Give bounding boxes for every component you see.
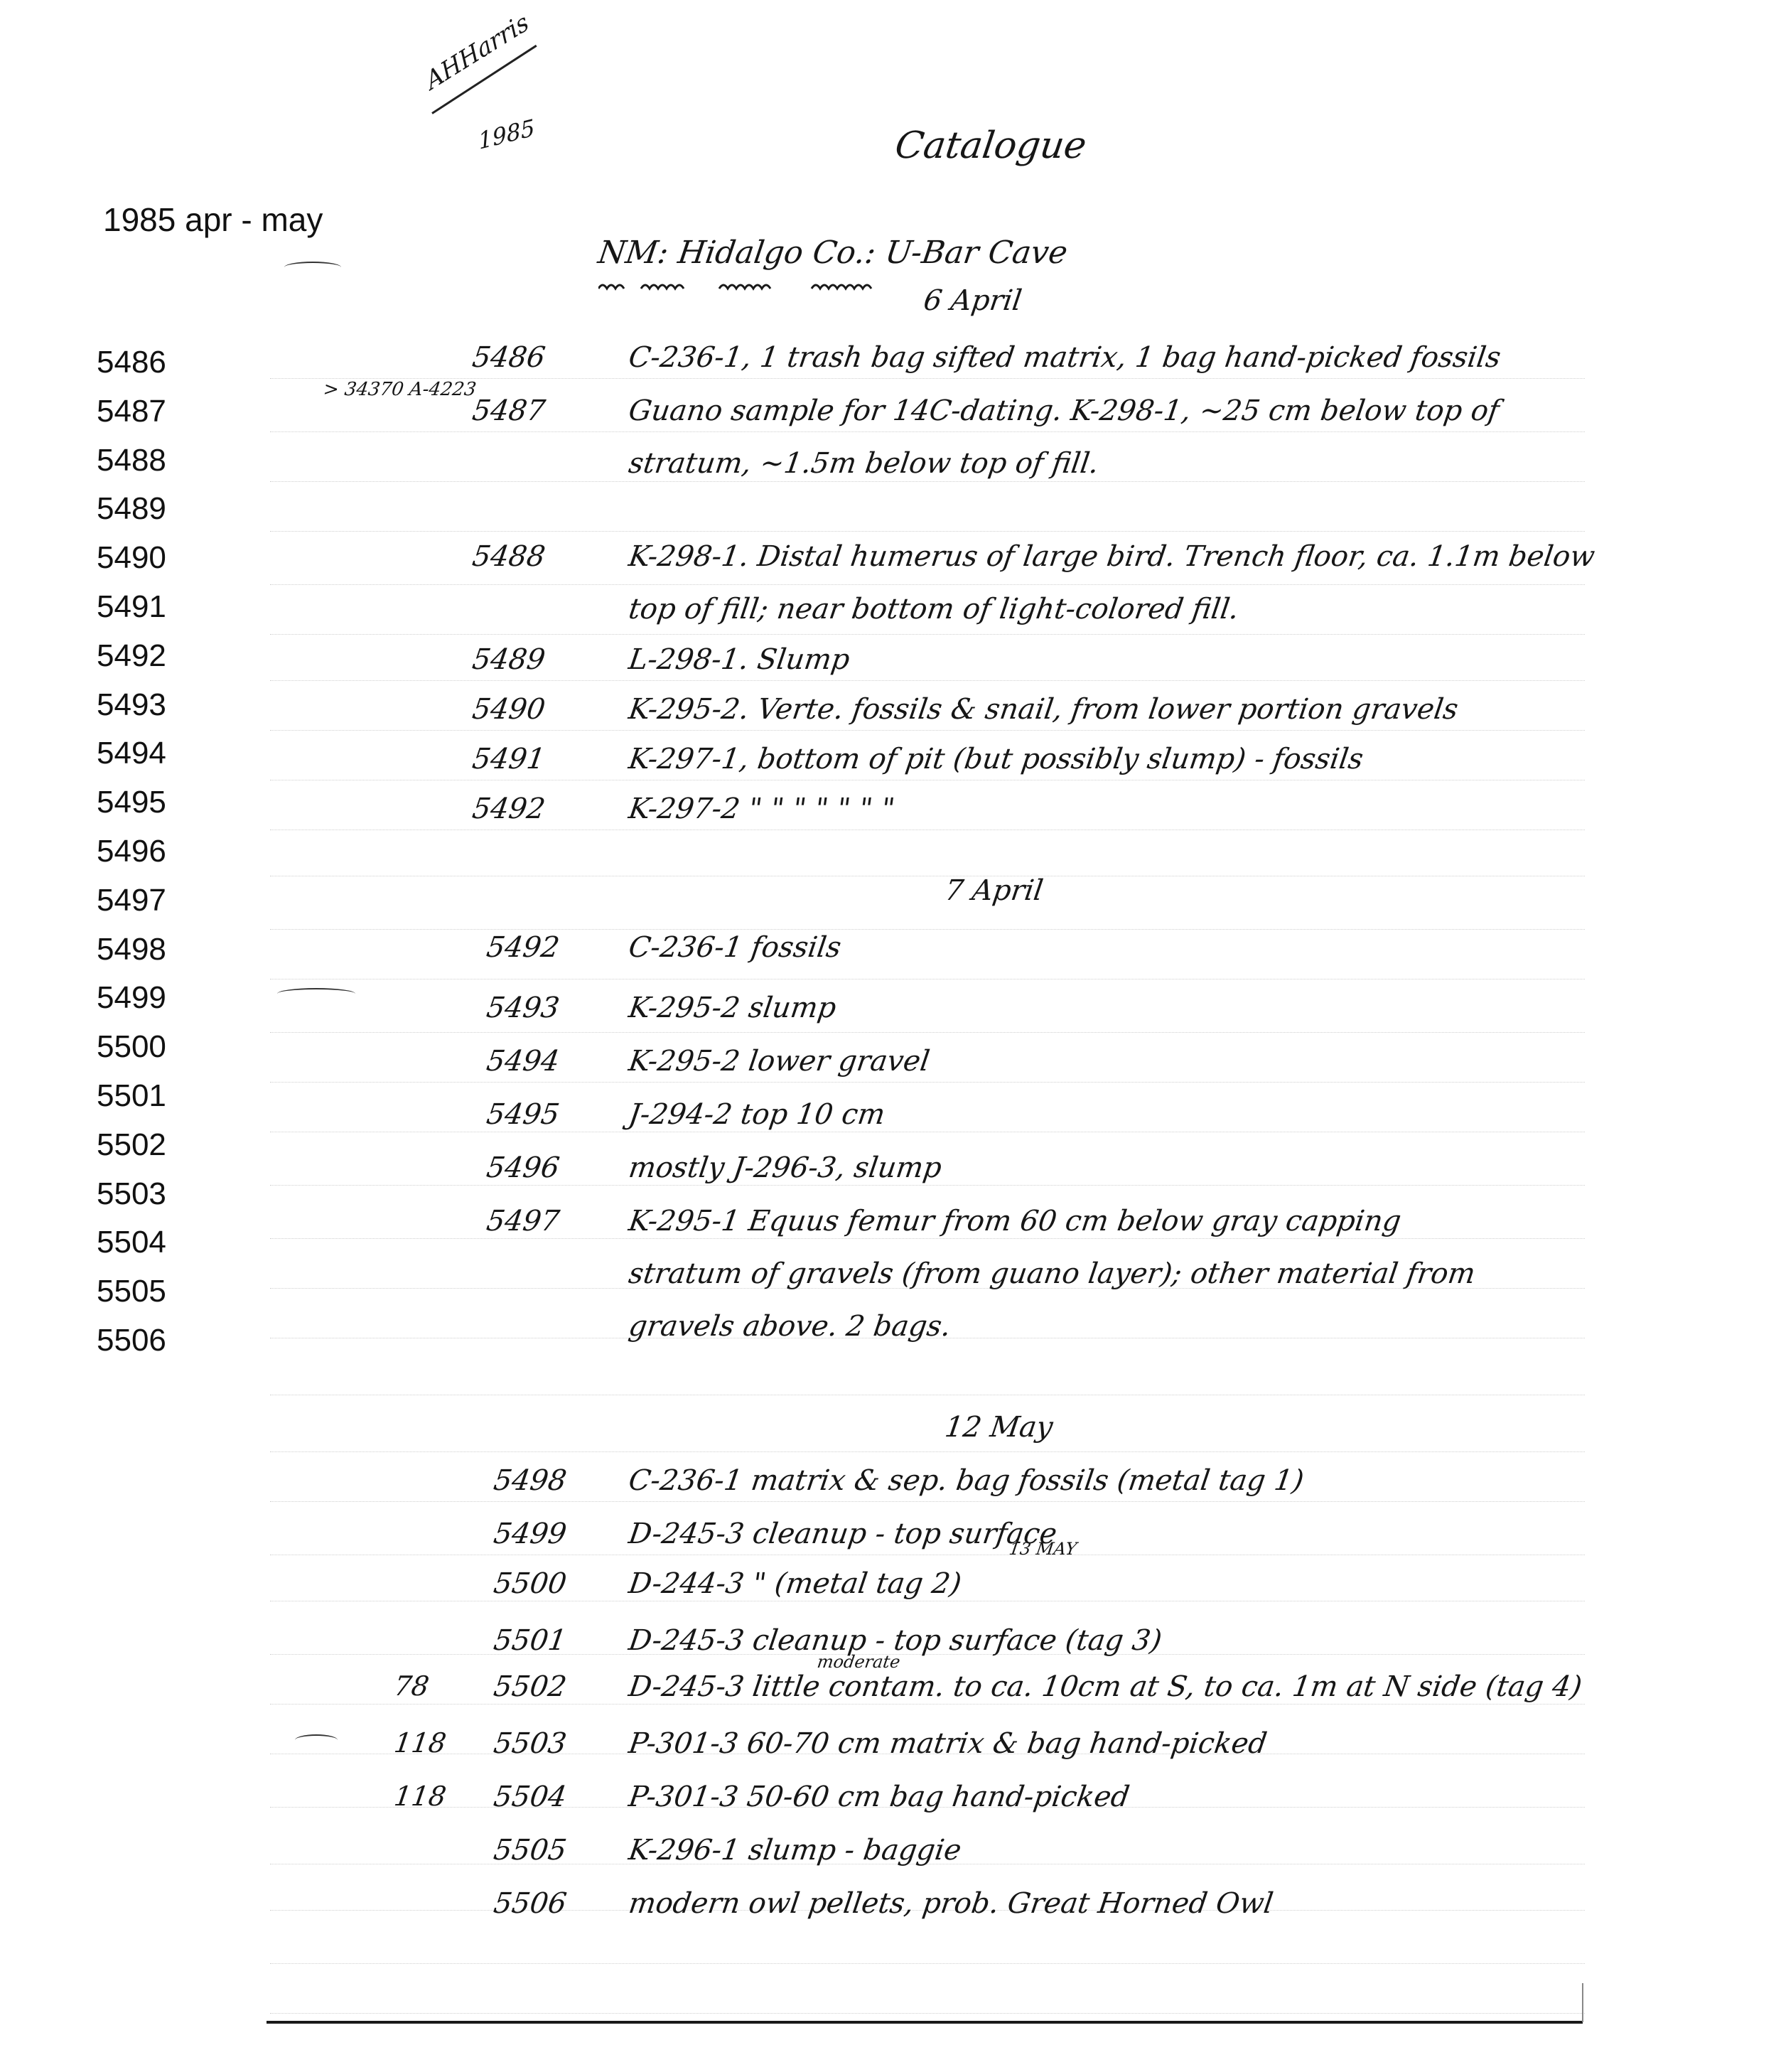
inline-annotation: moderate [816, 1652, 901, 1672]
entry-number: 5499 [492, 1518, 569, 1550]
ledger-line [270, 979, 1585, 979]
margin-tick-mark [284, 262, 341, 273]
entry-number: 5494 [485, 1045, 561, 1078]
typed-index-number: 5495 [97, 778, 166, 827]
typed-index-number: 5487 [97, 387, 166, 436]
entry-number: 5490 [470, 693, 547, 726]
entry-number: 5495 [485, 1098, 561, 1131]
entry-text: D-244-3 " (metal tag 2) [627, 1567, 964, 1600]
typed-index-number: 5504 [97, 1218, 166, 1267]
entry-text: Guano sample for 14C-dating. K-298-1, ~2… [627, 394, 1501, 427]
entry-text: P-301-3 50-60 cm bag hand-picked [627, 1781, 1131, 1813]
locality-heading: NM: Hidalgo Co.: U-Bar Cave [596, 235, 1070, 271]
margin-tick-mark [277, 988, 355, 999]
margin-note: 118 [392, 1727, 448, 1759]
entry-number: 5489 [470, 643, 547, 676]
ledger-line [270, 584, 1585, 585]
entry-text: K-297-2 " " " " " " " [627, 793, 897, 825]
section-date: 12 May [943, 1411, 1055, 1444]
typed-index-number: 5494 [97, 729, 166, 778]
typed-index-number: 5486 [97, 338, 166, 387]
entry-number: 5506 [492, 1887, 569, 1920]
entry-number: 5492 [470, 793, 547, 825]
typed-catalogue-index: 5486548754885489549054915492549354945495… [97, 338, 166, 1365]
typed-index-number: 5498 [97, 925, 166, 975]
entry-number: 5498 [492, 1464, 569, 1497]
entry-number: 5492 [485, 931, 561, 964]
entry-text: D-245-3 cleanup - top surface [627, 1518, 1059, 1550]
bottom-rule [267, 2021, 1583, 2024]
inline-annotation: 13 MAY [1008, 1539, 1078, 1559]
margin-note: 118 [392, 1781, 448, 1812]
margin-note: > 34370 A-4223 [322, 379, 478, 400]
ledger-line [270, 730, 1585, 731]
ledger-line [270, 431, 1585, 432]
entry-number: 5505 [492, 1834, 569, 1867]
entry-number: 5486 [470, 341, 547, 374]
entry-text: K-296-1 slump - baggie [627, 1834, 964, 1867]
typed-index-number: 5501 [97, 1072, 166, 1121]
entry-text: stratum of gravels (from guano layer); o… [627, 1257, 1478, 1290]
ledger-line [270, 531, 1585, 532]
entry-number: 5493 [485, 992, 561, 1024]
ledger-line [270, 1185, 1585, 1186]
entry-text: J-294-2 top 10 cm [627, 1098, 887, 1131]
entry-number: 5501 [492, 1624, 569, 1657]
ledger-line [270, 1032, 1585, 1033]
ledger-line [270, 1451, 1585, 1452]
typed-index-number: 5505 [97, 1267, 166, 1316]
entry-text: mostly J-296-3, slump [627, 1152, 944, 1184]
ledger-line [270, 1963, 1585, 1964]
ledger-line [270, 2013, 1585, 2014]
section-date: 6 April [922, 284, 1024, 317]
ledger-line [270, 830, 1585, 830]
typed-index-number: 5490 [97, 534, 166, 583]
ledger-line [270, 1601, 1585, 1601]
signature-year: 1985 [477, 114, 536, 155]
typed-index-number: 5500 [97, 1023, 166, 1072]
ledger-line [270, 1704, 1585, 1705]
typed-index-number: 5489 [97, 485, 166, 534]
entry-number: 5497 [485, 1205, 561, 1238]
ledger-line [270, 1082, 1585, 1083]
typed-index-number: 5488 [97, 436, 166, 485]
entry-number: 5491 [470, 743, 547, 775]
entry-text: top of fill; near bottom of light-colore… [627, 593, 1241, 626]
date-range-label: 1985 apr - may [103, 200, 323, 239]
typed-index-number: 5491 [97, 583, 166, 632]
entry-text: L-298-1. Slump [627, 643, 852, 676]
ledger-line [270, 680, 1585, 681]
margin-note: 78 [392, 1670, 431, 1702]
ledger-line [270, 1132, 1585, 1132]
entry-text: P-301-3 60-70 cm matrix & bag hand-picke… [627, 1727, 1269, 1760]
entry-text: K-297-1, bottom of pit (but possibly slu… [627, 743, 1365, 775]
ledger-line [270, 1501, 1585, 1502]
typed-index-number: 5499 [97, 974, 166, 1023]
margin-tick-mark [295, 1734, 338, 1746]
ledger-line [270, 1395, 1585, 1395]
page-title: Catalogue [893, 124, 1089, 167]
entry-text: K-298-1. Distal humerus of large bird. T… [627, 540, 1597, 573]
section-date: 7 April [943, 874, 1045, 907]
entry-number: 5502 [492, 1670, 569, 1703]
entry-text: stratum, ~1.5m below top of fill. [627, 447, 1101, 480]
entry-text: C-236-1 fossils [627, 931, 844, 964]
ledger-line [270, 481, 1585, 482]
page-edge-mark [1582, 1983, 1583, 2022]
entry-number: 5504 [492, 1781, 569, 1813]
entry-number: 5488 [470, 540, 547, 573]
entry-text: D-245-3 little contam. to ca. 10cm at S,… [627, 1670, 1584, 1703]
entry-text: K-295-2. Verte. fossils & snail, from lo… [627, 693, 1460, 726]
entry-number: 5487 [470, 394, 547, 427]
typed-index-number: 5502 [97, 1121, 166, 1170]
typed-index-number: 5496 [97, 827, 166, 876]
entry-text: C-236-1, 1 trash bag sifted matrix, 1 ba… [627, 341, 1503, 374]
typed-index-number: 5492 [97, 632, 166, 681]
entry-number: 5496 [485, 1152, 561, 1184]
entry-text: K-295-2 lower gravel [627, 1045, 932, 1078]
entry-text: C-236-1 matrix & sep. bag fossils (metal… [627, 1464, 1306, 1497]
ledger-line [270, 780, 1585, 780]
entry-text: gravels above. 2 bags. [627, 1310, 953, 1343]
typed-index-number: 5497 [97, 876, 166, 925]
ledger-line [270, 929, 1585, 930]
ledger-line [270, 1238, 1585, 1239]
ledger-line [270, 634, 1585, 635]
entry-text: K-295-2 slump [627, 992, 839, 1024]
typed-index-number: 5506 [97, 1316, 166, 1365]
typed-index-number: 5503 [97, 1170, 166, 1219]
ledger-line [270, 876, 1585, 876]
ledger-line [270, 1555, 1585, 1555]
entry-text: modern owl pellets, prob. Great Horned O… [627, 1887, 1276, 1920]
entry-number: 5500 [492, 1567, 569, 1600]
entry-number: 5503 [492, 1727, 569, 1760]
entry-text: K-295-1 Equus femur from 60 cm below gra… [627, 1205, 1403, 1238]
typed-index-number: 5493 [97, 681, 166, 730]
